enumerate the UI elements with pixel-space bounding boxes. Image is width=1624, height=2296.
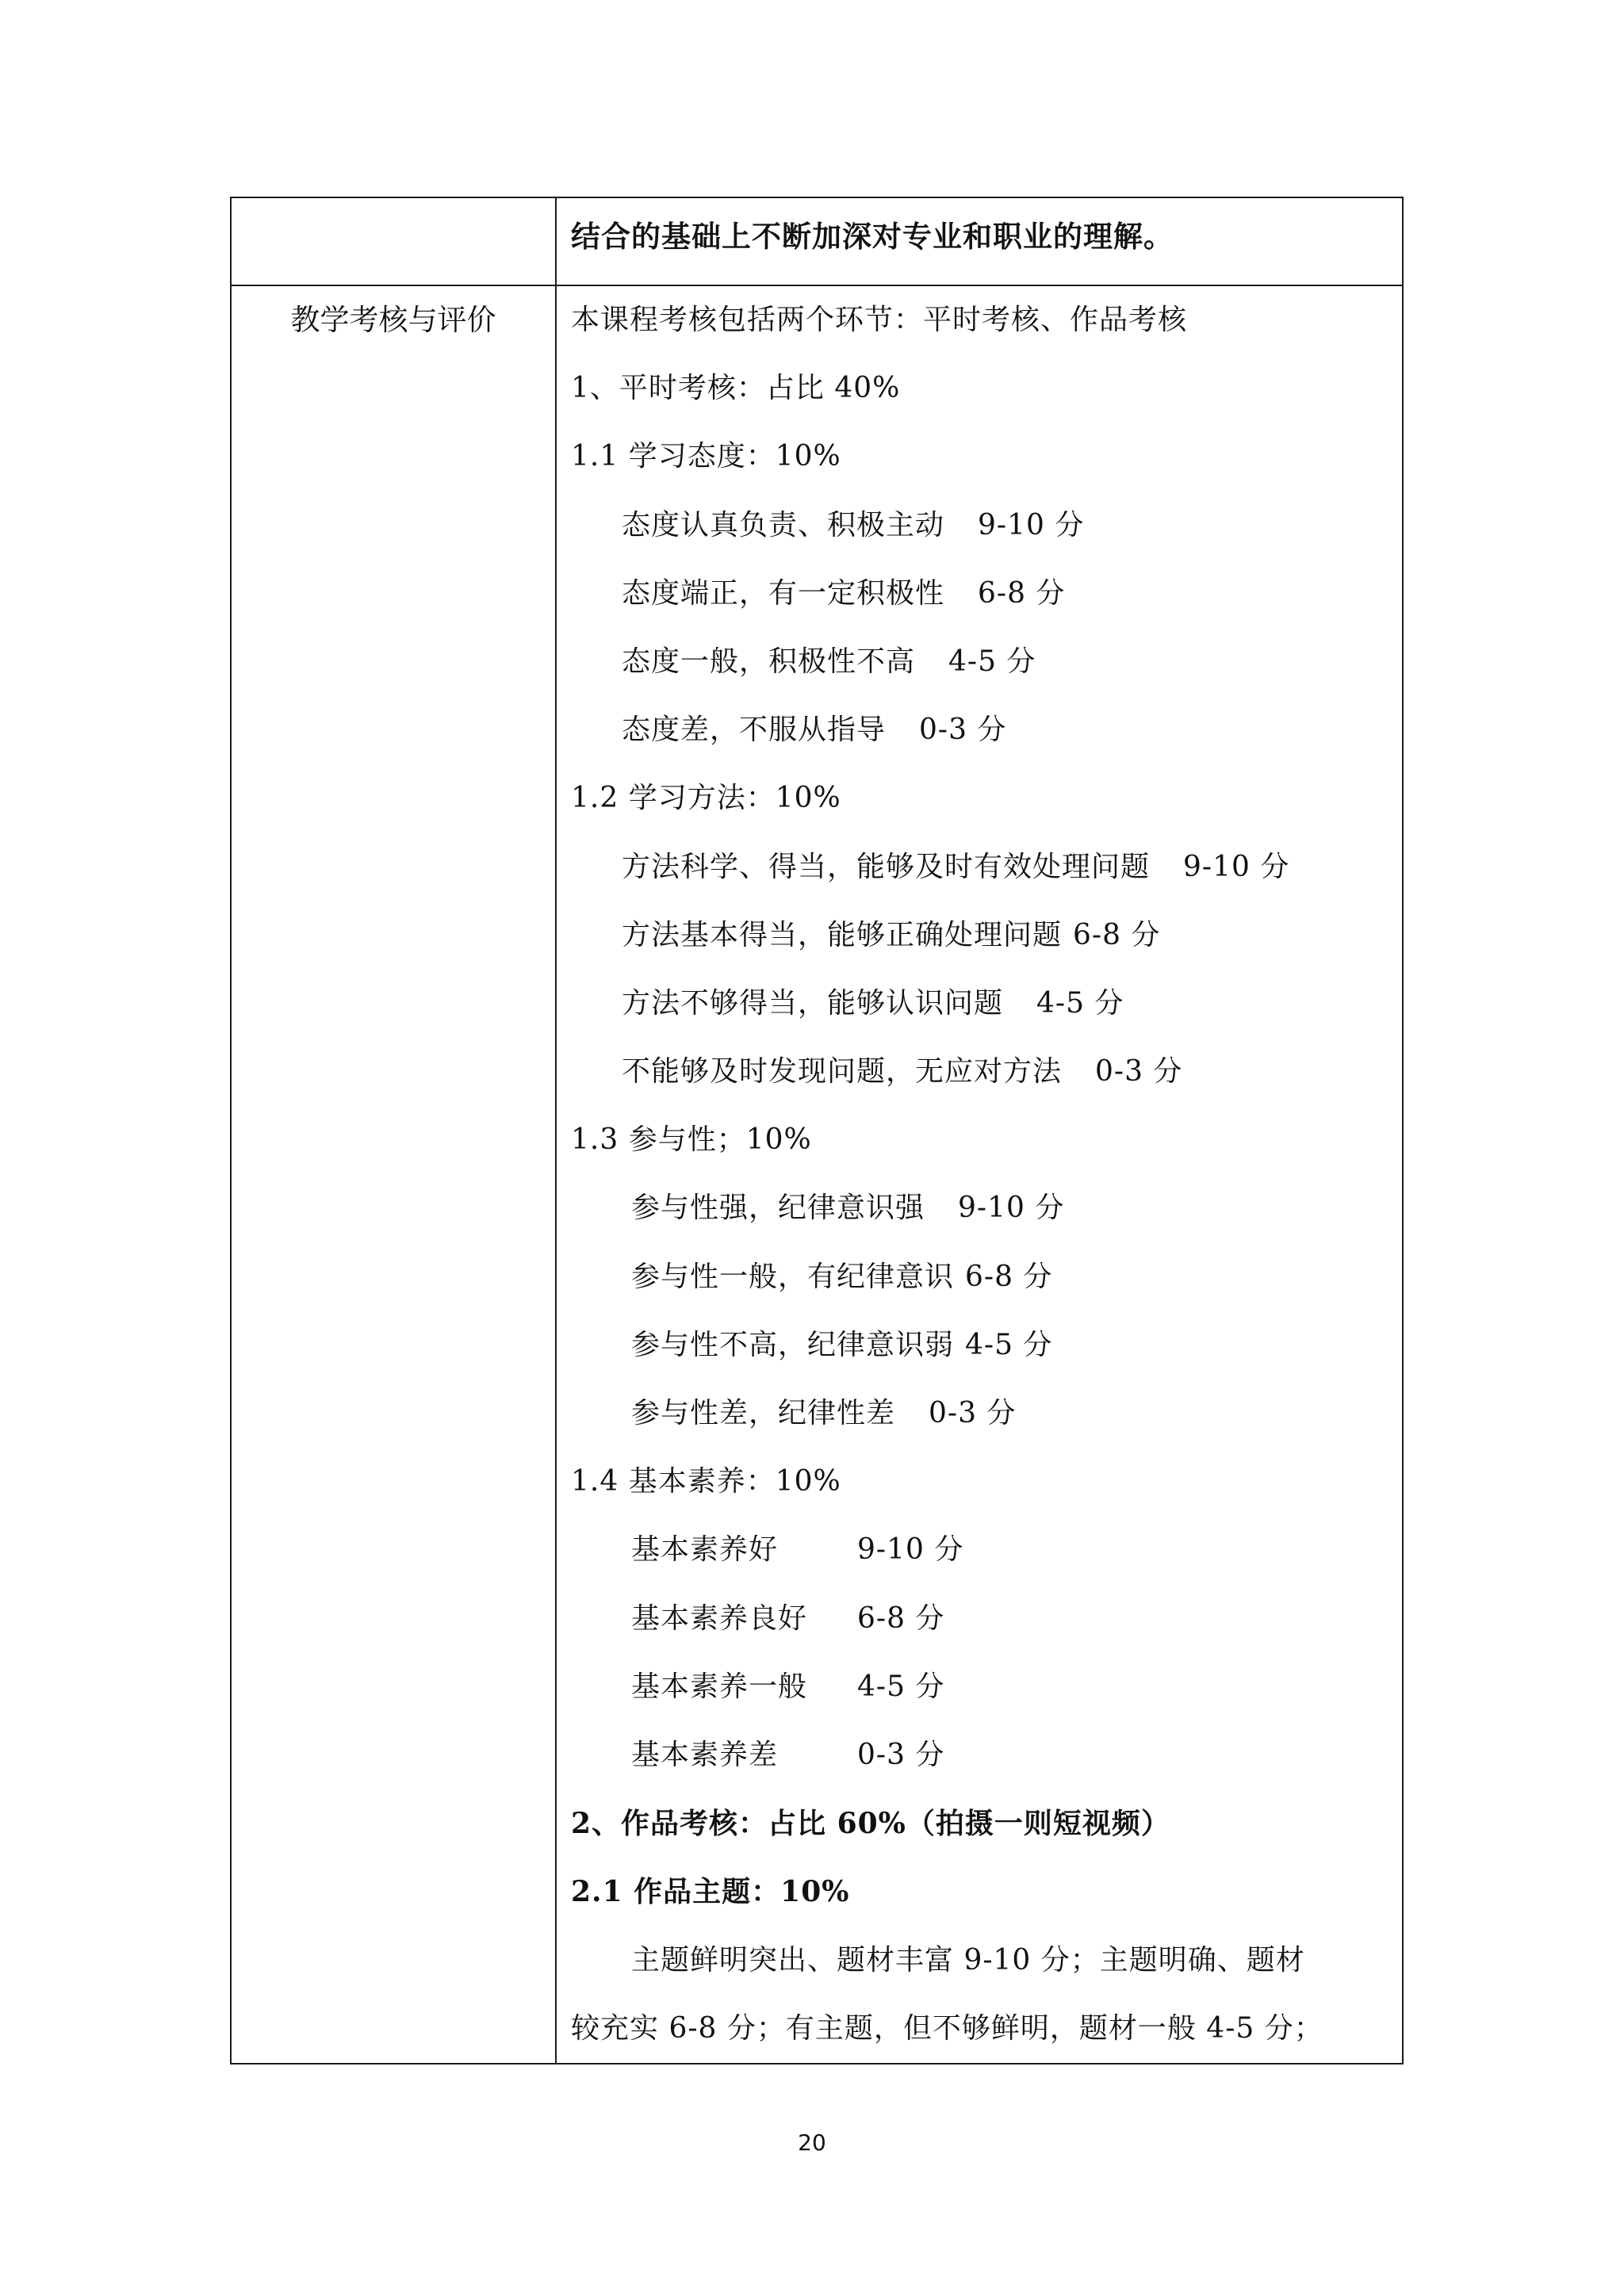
- criterion-text: 基本素养良好: [631, 1585, 857, 1653]
- criterion-score: 4-5 分: [1036, 987, 1124, 1020]
- criterion-score: 0-3 分: [919, 714, 1006, 746]
- criterion-score: 9-10 分: [1183, 851, 1289, 883]
- criterion-text: 方法不够得当，能够认识问题: [622, 987, 1003, 1020]
- assessment-table: 结合的基础上不断加深对专业和职业的理解。 教学考核与评价 本课程考核包括两个环节…: [230, 197, 1404, 2064]
- criterion-score: 4-5 分: [857, 1670, 944, 1703]
- criterion-score: 9-10 分: [857, 1533, 963, 1566]
- criterion-score: 0-3 分: [857, 1739, 944, 1771]
- row-label-assessment: 教学考核与评价: [231, 285, 556, 2064]
- criterion-row: 态度差，不服从指导0-3 分: [571, 696, 1402, 764]
- criterion-row: 参与性强，纪律意识强9-10 分: [571, 1174, 1402, 1242]
- criterion-row: 方法不够得当，能够认识问题4-5 分: [571, 970, 1402, 1038]
- criterion-text: 态度差，不服从指导: [622, 714, 886, 746]
- criterion-row: 态度端正，有一定积极性6-8 分: [571, 560, 1402, 628]
- criterion-score: 9-10 分: [958, 1192, 1064, 1224]
- criterion-row: 参与性不高，纪律意识弱4-5 分: [571, 1311, 1402, 1380]
- section2-title: 2、作品考核：占比 60%（拍摄一则短视频）: [571, 1789, 1402, 1858]
- criterion-row: 方法基本得当，能够正确处理问题6-8 分: [571, 901, 1402, 970]
- item-1-1-title: 1.1 学习态度：10%: [571, 423, 1402, 491]
- criterion-row: 方法科学、得当，能够及时有效处理问题9-10 分: [571, 833, 1402, 901]
- criterion-text: 参与性强，纪律意识强: [631, 1192, 925, 1224]
- criterion-row: 基本素养良好6-8 分: [571, 1585, 1402, 1653]
- criterion-text: 方法科学、得当，能够及时有效处理问题: [622, 851, 1150, 883]
- criterion-row: 参与性一般，有纪律意识6-8 分: [571, 1243, 1402, 1311]
- assessment-intro: 本课程考核包括两个环节：平时考核、作品考核: [571, 286, 1402, 354]
- table-row-assessment: 教学考核与评价 本课程考核包括两个环节：平时考核、作品考核 1、平时考核：占比 …: [231, 285, 1403, 2064]
- criterion-text: 不能够及时发现问题，无应对方法: [622, 1055, 1062, 1088]
- criterion-score: 4-5 分: [965, 1329, 1052, 1361]
- criterion-row: 参与性差，纪律性差0-3 分: [571, 1380, 1402, 1448]
- criterion-score: 9-10 分: [978, 509, 1084, 541]
- criterion-text: 参与性一般，有纪律意识: [631, 1261, 954, 1293]
- criterion-text: 方法基本得当，能够正确处理问题: [622, 919, 1062, 951]
- criterion-row: 态度一般，积极性不高4-5 分: [571, 628, 1402, 696]
- criterion-text: 基本素养好: [631, 1516, 857, 1584]
- item-1-2-title: 1.2 学习方法：10%: [571, 764, 1402, 832]
- item-2-1-title: 2.1 作品主题：10%: [571, 1858, 1402, 1926]
- criterion-text: 态度端正，有一定积极性: [622, 577, 944, 610]
- assessment-content: 本课程考核包括两个环节：平时考核、作品考核 1、平时考核：占比 40% 1.1 …: [556, 285, 1403, 2064]
- item-2-1-paragraph-line1: 主题鲜明突出、题材丰富 9-10 分；主题明确、题材: [571, 1927, 1402, 1995]
- criterion-score: 6-8 分: [965, 1261, 1052, 1293]
- criterion-row: 基本素养好9-10 分: [571, 1516, 1402, 1584]
- criterion-row: 态度认真负责、积极主动9-10 分: [571, 492, 1402, 560]
- criterion-score: 6-8 分: [857, 1602, 944, 1635]
- section1-title: 1、平时考核：占比 40%: [571, 354, 1402, 423]
- empty-label-cell: [231, 197, 556, 285]
- criterion-score: 6-8 分: [1073, 919, 1160, 951]
- item-1-3-title: 1.3 参与性；10%: [571, 1106, 1402, 1174]
- table-row-continuation: 结合的基础上不断加深对专业和职业的理解。: [231, 197, 1403, 285]
- page-number: 20: [0, 2130, 1624, 2156]
- criterion-row: 不能够及时发现问题，无应对方法0-3 分: [571, 1038, 1402, 1106]
- criterion-text: 参与性差，纪律性差: [631, 1397, 895, 1429]
- criterion-text: 态度认真负责、积极主动: [622, 509, 944, 541]
- criterion-row: 基本素养一般4-5 分: [571, 1653, 1402, 1721]
- criterion-score: 0-3 分: [929, 1397, 1016, 1429]
- criterion-row: 基本素养差0-3 分: [571, 1721, 1402, 1789]
- item-1-4-title: 1.4 基本素养：10%: [571, 1448, 1402, 1516]
- criterion-score: 4-5 分: [948, 645, 1036, 678]
- item-2-1-paragraph-line2: 较充实 6-8 分；有主题，但不够鲜明，题材一般 4-5 分；: [571, 1995, 1402, 2063]
- continuation-text: 结合的基础上不断加深对专业和职业的理解。: [556, 197, 1403, 285]
- criterion-score: 6-8 分: [978, 577, 1065, 610]
- criterion-text: 参与性不高，纪律意识弱: [631, 1329, 954, 1361]
- criterion-score: 0-3 分: [1095, 1055, 1182, 1088]
- criterion-text: 基本素养一般: [631, 1653, 857, 1721]
- criterion-text: 基本素养差: [631, 1721, 857, 1789]
- criterion-text: 态度一般，积极性不高: [622, 645, 915, 678]
